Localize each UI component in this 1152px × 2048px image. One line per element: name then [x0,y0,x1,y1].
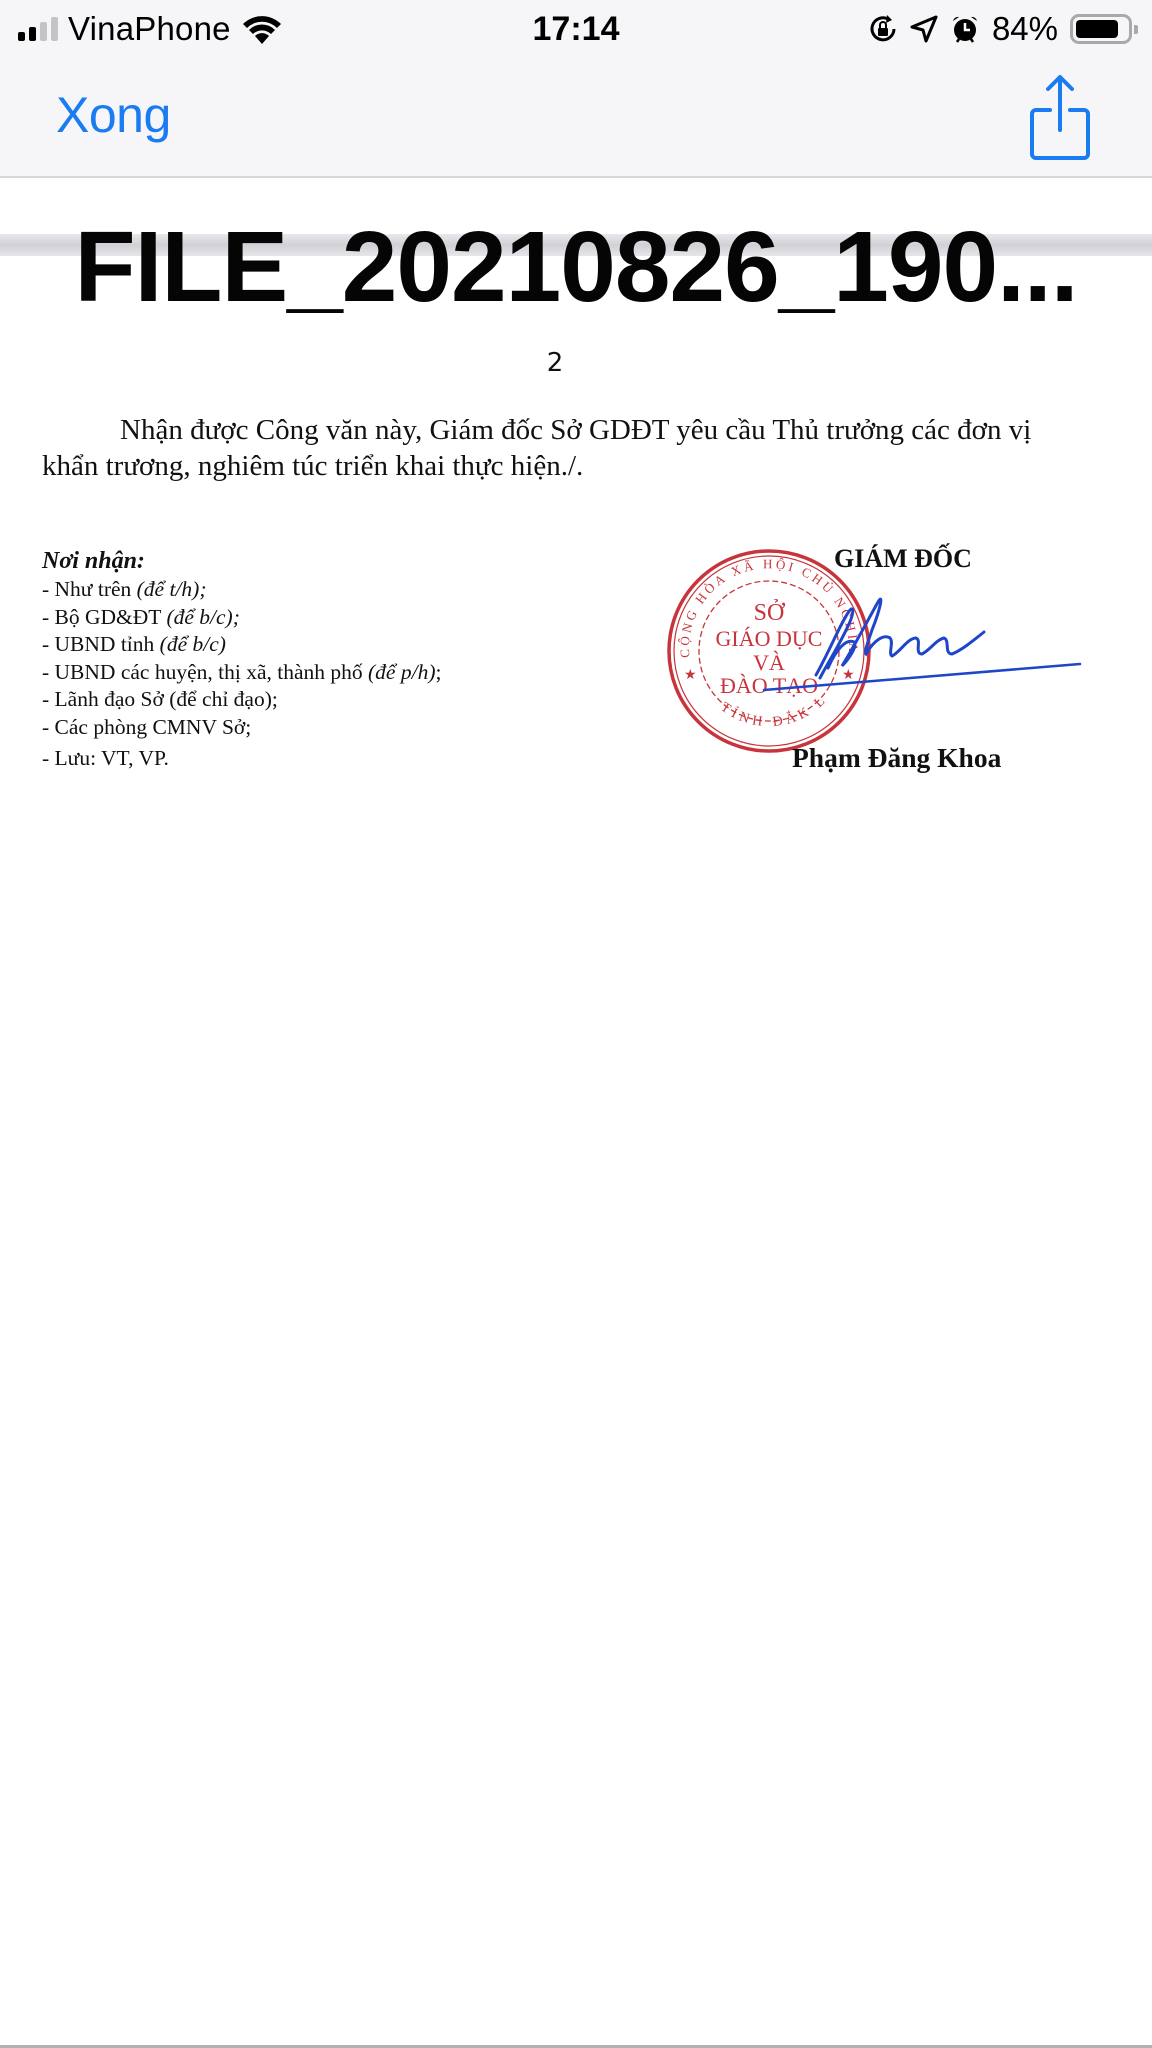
battery-icon [1070,14,1132,44]
signer-name: Phạm Đăng Khoa [792,742,1001,774]
status-bar: VinaPhone 17:14 84% [0,0,1152,58]
recipient-item: - UBND các huyện, thị xã, thành phố (để … [42,659,562,687]
handwritten-signature [750,580,1090,740]
share-button[interactable] [1028,72,1092,162]
done-button[interactable]: Xong [56,86,171,144]
share-icon [1028,72,1092,162]
recipient-item: - Bộ GD&ĐT (để b/c); [42,604,562,632]
alarm-icon [950,14,980,44]
body-paragraph: Nhận được Công văn này, Giám đốc Sở GDĐT… [42,412,1082,484]
location-icon [910,15,938,43]
page-number: 2 [0,348,1110,378]
battery-percentage: 84% [992,10,1058,48]
orientation-lock-icon [868,14,898,44]
recipients-block: Nơi nhận: - Như trên (để t/h); - Bộ GD&Đ… [42,546,562,773]
document-title: FILE_20210826_190... [0,210,1152,325]
recipient-item: - Các phòng CMNV Sở; [42,714,562,742]
recipient-item: - Như trên (để t/h); [42,576,562,604]
navigation-bar: Xong [0,58,1152,178]
recipients-heading: Nơi nhận: [42,546,562,576]
recipient-item: - UBND tỉnh (để b/c) [42,631,562,659]
svg-text:★: ★ [684,668,697,683]
recipient-item: - Lưu: VT, VP. [42,745,562,773]
recipient-item: - Lãnh đạo Sở (để chỉ đạo); [42,686,562,714]
status-right: 84% [868,8,1132,50]
